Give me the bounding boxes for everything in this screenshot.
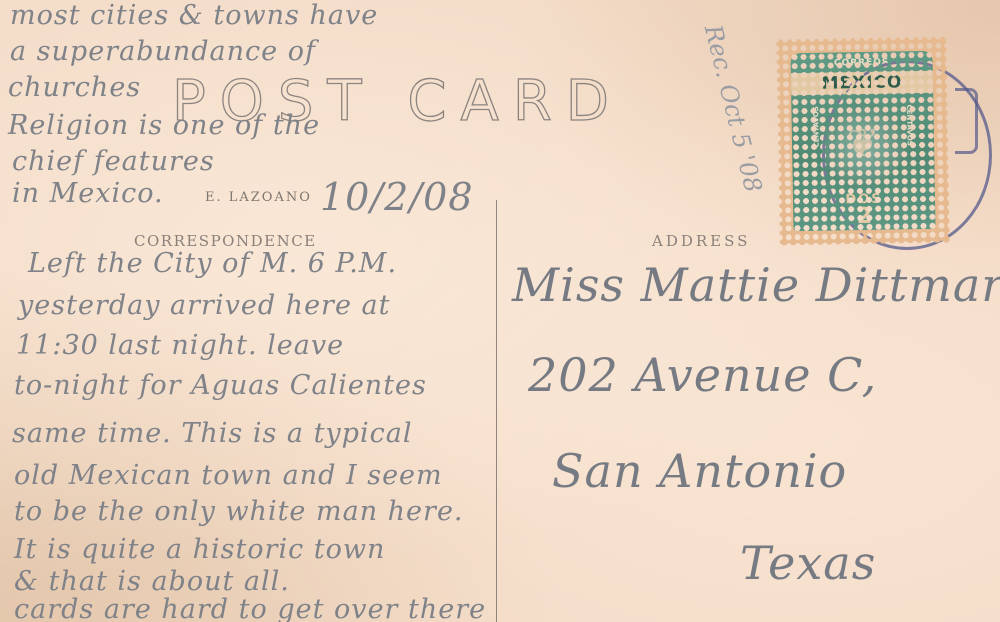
publisher-imprint: E. LAZOANO bbox=[205, 190, 312, 205]
postmark-bar bbox=[955, 88, 978, 154]
recipient-street: 202 Avenue C, bbox=[528, 352, 877, 398]
message-date: 10/2/08 bbox=[320, 178, 474, 216]
message-line: 11:30 last night. leave bbox=[16, 332, 344, 359]
message-line: chief features bbox=[12, 148, 215, 175]
stamp-medallion: ❦ bbox=[821, 103, 904, 186]
stamp-right-text: CENTAVOS bbox=[905, 105, 914, 146]
address-label: ADDRESS bbox=[652, 232, 750, 250]
received-note: Rec. Oct 5 '08 bbox=[699, 22, 768, 195]
recipient-city: San Antonio bbox=[552, 448, 847, 494]
message-line: cards are hard to get over there bbox=[14, 596, 486, 622]
message-line: to be the only white man here. bbox=[14, 498, 464, 525]
stamp-left-text: CENTAVOS bbox=[812, 106, 821, 147]
message-line: Left the City of M. 6 P.M. bbox=[28, 250, 397, 277]
center-divider bbox=[496, 200, 497, 622]
postcard-back: POST CARD E. LAZOANO CORRESPONDENCE ADDR… bbox=[0, 0, 1000, 622]
postage-stamp: CORREOS MEXICO CENTAVOS CENTAVOS ❦ DOS 2 bbox=[776, 37, 950, 246]
stamp-header: CORREOS bbox=[791, 57, 933, 69]
message-line: churches bbox=[8, 74, 141, 101]
message-line: Religion is one of the bbox=[8, 112, 320, 139]
eagle-icon: ❦ bbox=[822, 119, 905, 167]
message-line: It is quite a historic town bbox=[14, 536, 385, 563]
message-line: most cities & towns have bbox=[10, 2, 378, 29]
recipient-state: Texas bbox=[740, 540, 876, 586]
message-line: a superabundance of bbox=[10, 38, 316, 65]
message-line: in Mexico. bbox=[12, 180, 164, 207]
message-line: same time. This is a typical bbox=[12, 420, 412, 447]
message-line: & that is about all. bbox=[14, 568, 290, 595]
recipient-name: Miss Mattie Dittmar bbox=[512, 262, 1000, 308]
message-line: old Mexican town and I seem bbox=[14, 462, 443, 489]
stamp-value: 2 bbox=[793, 203, 935, 230]
stamp-design: CORREOS MEXICO CENTAVOS CENTAVOS ❦ DOS 2 bbox=[790, 51, 935, 231]
message-line: to-night for Aguas Calientes bbox=[14, 372, 427, 399]
stamp-country: MEXICO bbox=[791, 71, 933, 95]
message-line: yesterday arrived here at bbox=[18, 292, 390, 319]
